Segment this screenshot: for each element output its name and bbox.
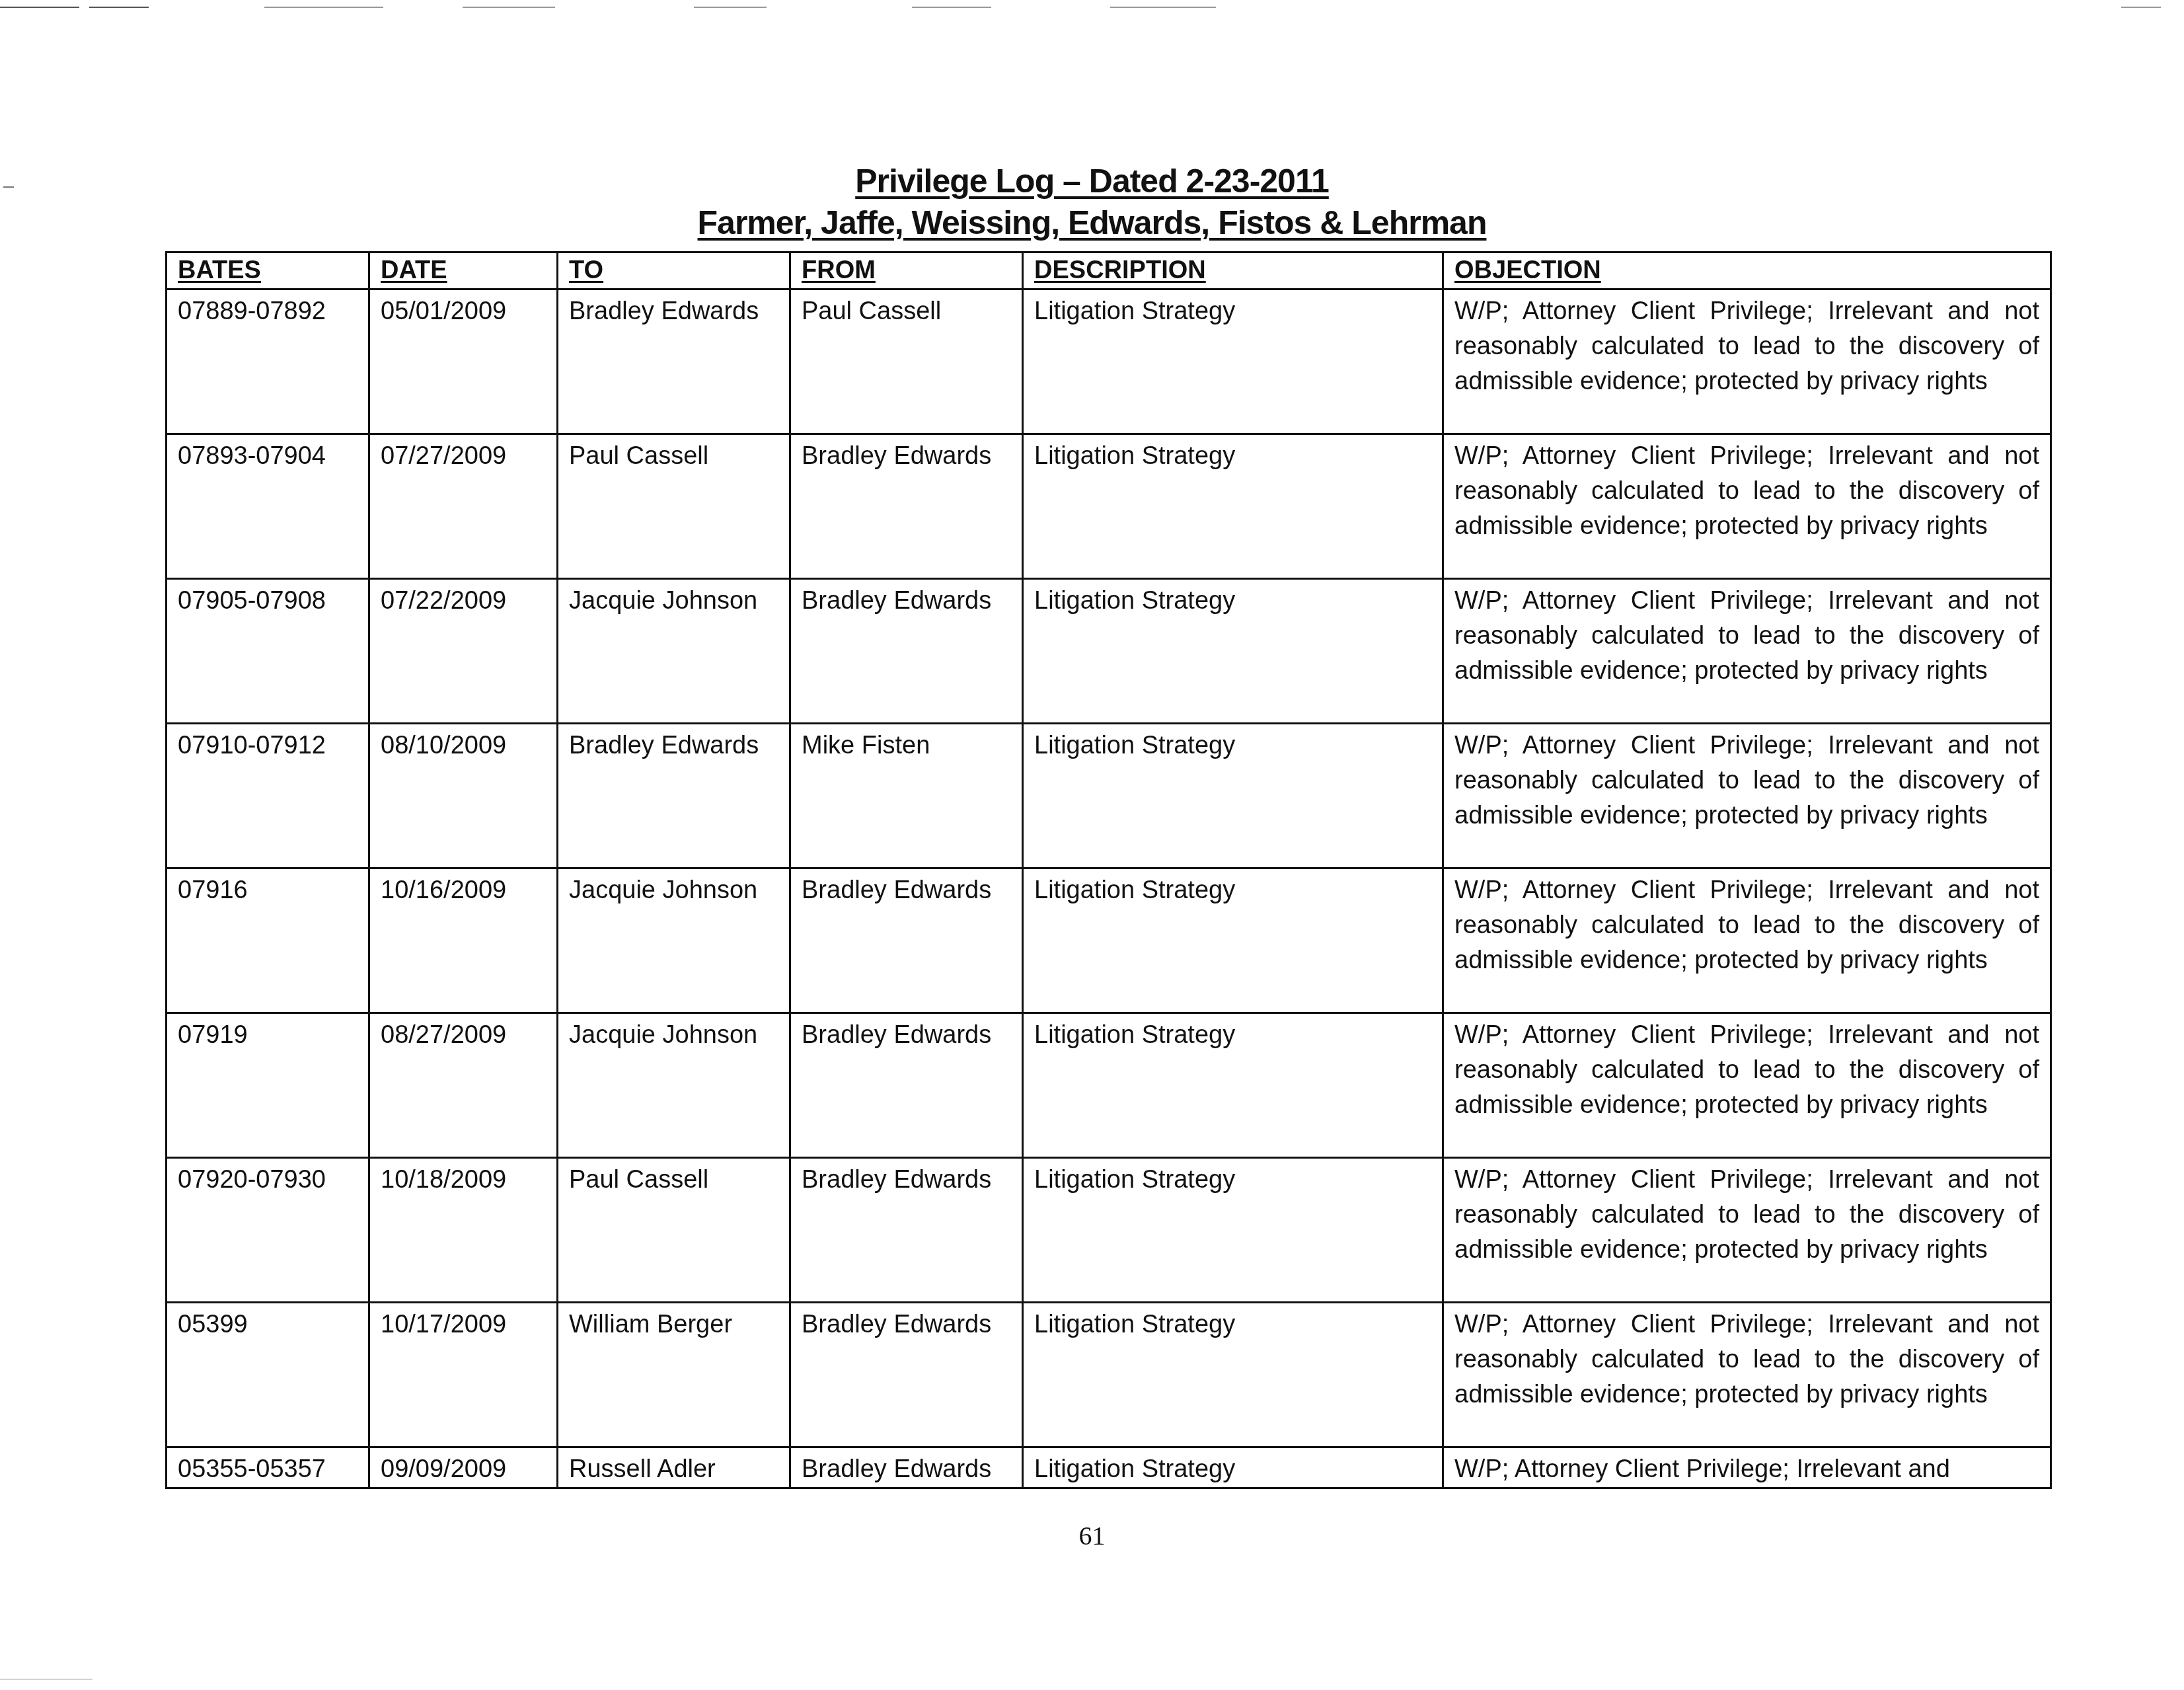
cell-objection: W/P; Attorney Client Privilege; Irreleva… xyxy=(1443,1303,2051,1447)
cell-bates: 07905-07908 xyxy=(167,579,369,724)
cell-date: 10/17/2009 xyxy=(369,1303,558,1447)
cell-bates: 05399 xyxy=(167,1303,369,1447)
cell-objection: W/P; Attorney Client Privilege; Irreleva… xyxy=(1443,724,2051,868)
header-bates: BATES xyxy=(167,252,369,289)
cell-description: Litigation Strategy xyxy=(1023,579,1443,724)
document-title: Privilege Log – Dated 2-23-2011 xyxy=(0,162,2184,200)
cell-to: Jacquie Johnson xyxy=(558,1013,790,1158)
table-body: 07889-0789205/01/2009Bradley EdwardsPaul… xyxy=(167,289,2051,1488)
cell-description: Litigation Strategy xyxy=(1023,868,1443,1013)
cell-description: Litigation Strategy xyxy=(1023,289,1443,434)
cell-from: Bradley Edwards xyxy=(790,1158,1023,1303)
cell-description: Litigation Strategy xyxy=(1023,1013,1443,1158)
cell-bates: 07910-07912 xyxy=(167,724,369,868)
cell-date: 07/22/2009 xyxy=(369,579,558,724)
cell-to: Paul Cassell xyxy=(558,434,790,579)
header-description: DESCRIPTION xyxy=(1023,252,1443,289)
cell-from: Bradley Edwards xyxy=(790,434,1023,579)
table-row: 07910-0791208/10/2009Bradley EdwardsMike… xyxy=(167,724,2051,868)
privilege-log-table: BATES DATE TO FROM DESCRIPTION OBJECTION… xyxy=(165,251,2052,1489)
cell-description: Litigation Strategy xyxy=(1023,1158,1443,1303)
cell-bates: 07916 xyxy=(167,868,369,1013)
cell-from: Bradley Edwards xyxy=(790,579,1023,724)
table-row: 0791610/16/2009Jacquie JohnsonBradley Ed… xyxy=(167,868,2051,1013)
page-number: 61 xyxy=(0,1520,2184,1551)
cell-bates: 07889-07892 xyxy=(167,289,369,434)
cell-objection: W/P; Attorney Client Privilege; Irreleva… xyxy=(1443,434,2051,579)
document-subtitle: Farmer, Jaffe, Weissing, Edwards, Fistos… xyxy=(0,204,2184,242)
cell-to: Jacquie Johnson xyxy=(558,579,790,724)
cell-bates: 07893-07904 xyxy=(167,434,369,579)
table-row: 07905-0790807/22/2009Jacquie JohnsonBrad… xyxy=(167,579,2051,724)
cell-bates: 07920-07930 xyxy=(167,1158,369,1303)
cell-date: 08/10/2009 xyxy=(369,724,558,868)
cell-description: Litigation Strategy xyxy=(1023,724,1443,868)
cell-bates: 05355-05357 xyxy=(167,1447,369,1488)
document-subtitle-text: Farmer, Jaffe, Weissing, Edwards, Fistos… xyxy=(698,204,1487,241)
header-objection: OBJECTION xyxy=(1443,252,2051,289)
cell-to: Jacquie Johnson xyxy=(558,868,790,1013)
cell-to: Paul Cassell xyxy=(558,1158,790,1303)
cell-objection: W/P; Attorney Client Privilege; Irreleva… xyxy=(1443,289,2051,434)
scan-edge-mark xyxy=(0,1679,93,1679)
cell-date: 07/27/2009 xyxy=(369,434,558,579)
cell-date: 10/16/2009 xyxy=(369,868,558,1013)
table-row: 07893-0790407/27/2009Paul CassellBradley… xyxy=(167,434,2051,579)
table-row: 07920-0793010/18/2009Paul CassellBradley… xyxy=(167,1158,2051,1303)
table-row: 0539910/17/2009William BergerBradley Edw… xyxy=(167,1303,2051,1447)
cell-from: Mike Fisten xyxy=(790,724,1023,868)
cell-from: Bradley Edwards xyxy=(790,1303,1023,1447)
cell-date: 05/01/2009 xyxy=(369,289,558,434)
cell-objection: W/P; Attorney Client Privilege; Irreleva… xyxy=(1443,1447,2051,1488)
table-row: 07889-0789205/01/2009Bradley EdwardsPaul… xyxy=(167,289,2051,434)
document-title-text: Privilege Log – Dated 2-23-2011 xyxy=(855,163,1329,200)
cell-description: Litigation Strategy xyxy=(1023,434,1443,579)
cell-from: Bradley Edwards xyxy=(790,1447,1023,1488)
scan-artifacts xyxy=(0,0,2184,20)
cell-to: Bradley Edwards xyxy=(558,724,790,868)
cell-description: Litigation Strategy xyxy=(1023,1303,1443,1447)
cell-from: Bradley Edwards xyxy=(790,1013,1023,1158)
cell-description: Litigation Strategy xyxy=(1023,1447,1443,1488)
cell-date: 10/18/2009 xyxy=(369,1158,558,1303)
cell-objection: W/P; Attorney Client Privilege; Irreleva… xyxy=(1443,868,2051,1013)
cell-date: 08/27/2009 xyxy=(369,1013,558,1158)
cell-to: Bradley Edwards xyxy=(558,289,790,434)
table-row: 05355-0535709/09/2009Russell AdlerBradle… xyxy=(167,1447,2051,1488)
cell-date: 09/09/2009 xyxy=(369,1447,558,1488)
header-from: FROM xyxy=(790,252,1023,289)
table-row: 0791908/27/2009Jacquie JohnsonBradley Ed… xyxy=(167,1013,2051,1158)
cell-to: Russell Adler xyxy=(558,1447,790,1488)
cell-objection: W/P; Attorney Client Privilege; Irreleva… xyxy=(1443,579,2051,724)
cell-from: Bradley Edwards xyxy=(790,868,1023,1013)
cell-bates: 07919 xyxy=(167,1013,369,1158)
table-header-row: BATES DATE TO FROM DESCRIPTION OBJECTION xyxy=(167,252,2051,289)
cell-from: Paul Cassell xyxy=(790,289,1023,434)
cell-to: William Berger xyxy=(558,1303,790,1447)
header-to: TO xyxy=(558,252,790,289)
header-date: DATE xyxy=(369,252,558,289)
cell-objection: W/P; Attorney Client Privilege; Irreleva… xyxy=(1443,1013,2051,1158)
cell-objection: W/P; Attorney Client Privilege; Irreleva… xyxy=(1443,1158,2051,1303)
